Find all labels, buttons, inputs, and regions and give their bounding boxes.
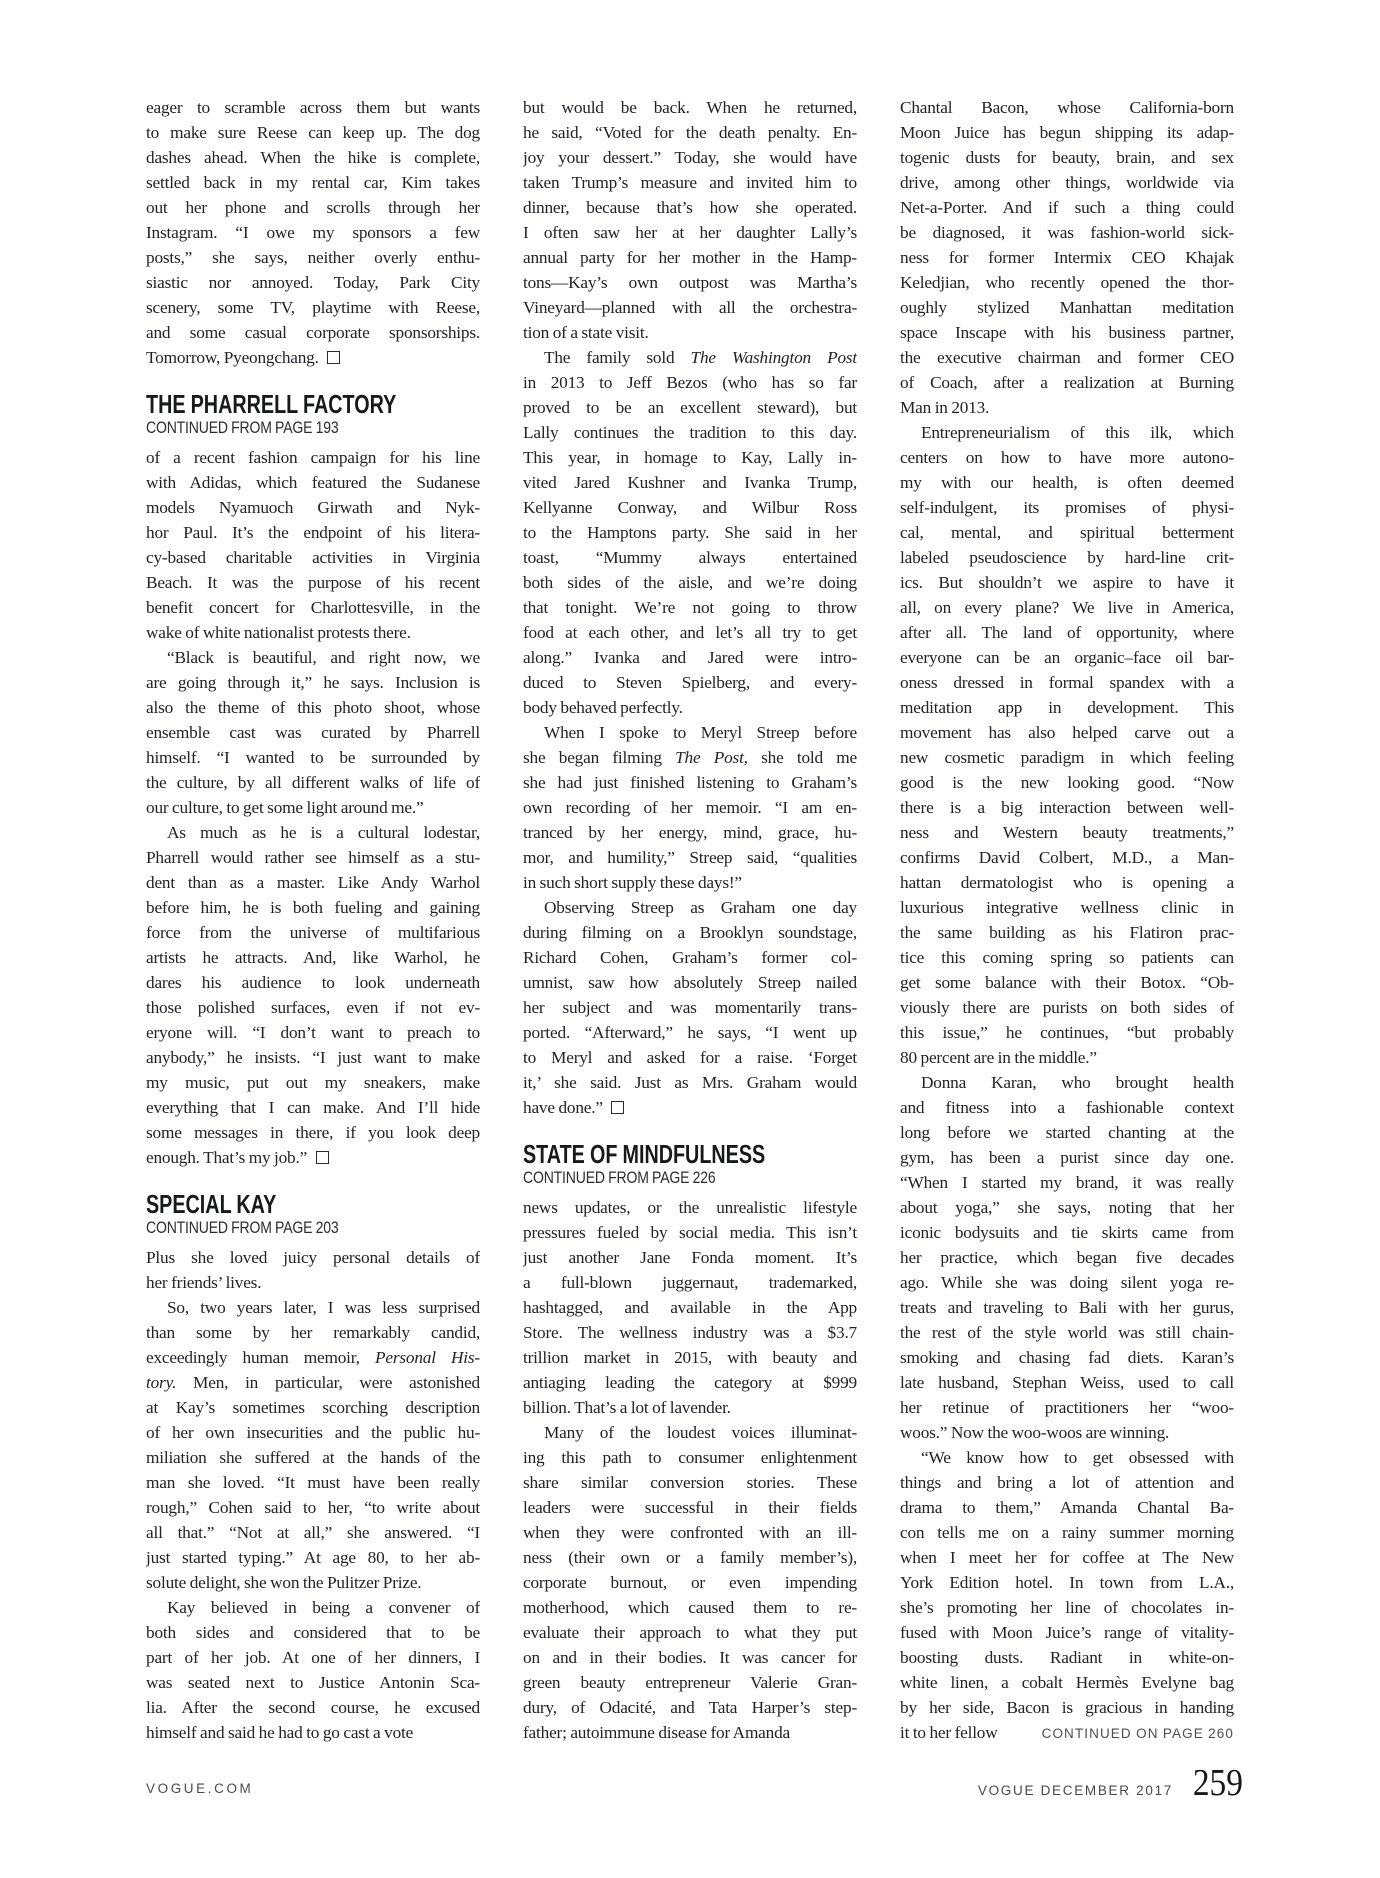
text-line: tion of a state visit.	[523, 320, 857, 345]
text-line: those polished surfaces, even if not ev-	[146, 995, 480, 1020]
text-column-1: eager to scramble across them but wantst…	[146, 95, 480, 1745]
text-line: proved to be an excellent steward), but	[523, 395, 857, 420]
text-line: Kellyanne Conway, and Wilbur Ross	[523, 495, 857, 520]
text-line: all, on every plane? We live in America,	[900, 595, 1234, 620]
magazine-page: { "theme": { "paper": "#ffffff", "ink": …	[0, 0, 1380, 1878]
text-line: scenery, some TV, playtime with Reese,	[146, 295, 480, 320]
text-line: ness for former Intermix CEO Khajak	[900, 245, 1234, 270]
end-of-article-icon	[327, 351, 340, 364]
footer-issue-label: VOGUE DECEMBER 2017	[978, 1783, 1173, 1798]
text-line: luxurious integrative wellness clinic in	[900, 895, 1234, 920]
text-line: iconic bodysuits and tie skirts came fro…	[900, 1220, 1234, 1245]
text-line: siastic nor annoyed. Today, Park City	[146, 270, 480, 295]
text-line: she had just finished listening to Graha…	[523, 770, 857, 795]
text-line: body behaved perfectly.	[523, 695, 857, 720]
text-line: of a recent fashion campaign for his lin…	[146, 445, 480, 470]
text-line: hashtagged, and available in the App	[523, 1295, 857, 1320]
text-line: the same building as his Flatiron prac-	[900, 920, 1234, 945]
text-line: than some by her remarkably candid,	[146, 1320, 480, 1345]
paragraph: Plus she loved juicy personal details of…	[146, 1245, 480, 1295]
text-line: duced to Steven Spielberg, and every-	[523, 670, 857, 695]
text-line: “We know how to get obsessed with	[900, 1445, 1234, 1470]
continued-from-note: CONTINUED FROM PAGE 193	[146, 420, 430, 437]
text-line: exceedingly human memoir, Personal His-	[146, 1345, 480, 1370]
text-line: on and in their bodies. It was cancer fo…	[523, 1645, 857, 1670]
text-line: himself and said he had to go cast a vot…	[146, 1720, 480, 1745]
text-line: oness dressed in formal spandex with a	[900, 670, 1234, 695]
text-line: are going through it,” he says. Inclusio…	[146, 670, 480, 695]
text-line: pressures fueled by social media. This i…	[523, 1220, 857, 1245]
text-line: and fitness into a fashionable context	[900, 1095, 1234, 1120]
text-line: movement has also helped carve out a	[900, 720, 1234, 745]
text-line: Store. The wellness industry was a $3.7	[523, 1320, 857, 1345]
text-line: space Inscape with his business partner,	[900, 320, 1234, 345]
text-line: with Adidas, which featured the Sudanese	[146, 470, 480, 495]
text-line: all that.” “Not at all,” she answered. “…	[146, 1520, 480, 1545]
text-line: I often saw her at her daughter Lally’s	[523, 220, 857, 245]
text-line: just started typing.” At age 80, to her …	[146, 1545, 480, 1570]
text-line: both sides of the aisle, and we’re doing	[523, 570, 857, 595]
text-line: get some balance with their Botox. “Ob-	[900, 970, 1234, 995]
text-line: smoking and chasing fad diets. Karan’s	[900, 1345, 1234, 1370]
text-line: Entrepreneurialism of this ilk, which	[900, 420, 1234, 445]
text-line: late husband, Stephan Weiss, used to cal…	[900, 1370, 1234, 1395]
text-line: lia. After the second course, he excused	[146, 1695, 480, 1720]
text-line: both sides and considered that to be	[146, 1620, 480, 1645]
text-line: good is the new looking good. “Now	[900, 770, 1234, 795]
article-heading: SPECIAL KAY	[146, 1192, 400, 1217]
text-column-3: Chantal Bacon, whose California-bornMoon…	[900, 95, 1234, 1745]
text-line: after all. The land of opportunity, wher…	[900, 620, 1234, 645]
text-line: father; autoimmune disease for Amanda	[523, 1720, 857, 1745]
text-line: As much as he is a cultural lodestar,	[146, 820, 480, 845]
paragraph: Kay believed in being a convener ofboth …	[146, 1595, 480, 1745]
text-line: vited Jared Kushner and Ivanka Trump,	[523, 470, 857, 495]
text-line: man she loved. “It must have been really	[146, 1470, 480, 1495]
text-line: Man in 2013.	[900, 395, 1234, 420]
text-line: Pharrell would rather see himself as a s…	[146, 845, 480, 870]
page-footer: VOGUE DECEMBER 2017 259	[978, 1764, 1243, 1802]
text-line: corporate burnout, or even impending	[523, 1570, 857, 1595]
text-line: at Kay’s sometimes scorching description	[146, 1395, 480, 1420]
text-line: Donna Karan, who brought health	[900, 1070, 1234, 1095]
text-line: everyone can be an organic–face oil bar-	[900, 645, 1234, 670]
text-line: hattan dermatologist who is opening a	[900, 870, 1234, 895]
text-line: wake of white nationalist protests there…	[146, 620, 480, 645]
text-line: gym, has been a purist since day one.	[900, 1145, 1234, 1170]
text-line: out her phone and scrolls through her	[146, 195, 480, 220]
article-heading: STATE OF MINDFULNESS	[523, 1142, 777, 1167]
text-line: everything that I can make. And I’ll hid…	[146, 1095, 480, 1120]
text-line: So, two years later, I was less surprise…	[146, 1295, 480, 1320]
text-line: during filming on a Brooklyn soundstage,	[523, 920, 857, 945]
text-line: our culture, to get some light around me…	[146, 795, 480, 820]
text-line: ensemble cast was curated by Pharrell	[146, 720, 480, 745]
paragraph: So, two years later, I was less surprise…	[146, 1295, 480, 1595]
text-line: the rest of the style world was still ch…	[900, 1320, 1234, 1345]
text-line: he said, “Voted for the death penalty. E…	[523, 120, 857, 145]
text-line: before him, he is both fueling and gaini…	[146, 895, 480, 920]
text-line: treats and traveling to Bali with her gu…	[900, 1295, 1234, 1320]
article-columns: eager to scramble across them but wantst…	[0, 0, 1380, 1878]
text-line: by her side, Bacon is gracious in handin…	[900, 1695, 1234, 1720]
text-line: Richard Cohen, Graham’s former col-	[523, 945, 857, 970]
continued-from-note: CONTINUED FROM PAGE 203	[146, 1220, 430, 1237]
text-line: cal, mental, and spiritual betterment	[900, 520, 1234, 545]
text-line: boosting dusts. Radiant in white-on-	[900, 1645, 1234, 1670]
text-line: own recording of her memoir. “I am en-	[523, 795, 857, 820]
text-line: she began filming The Post, she told me	[523, 745, 857, 770]
text-line: 80 percent are in the middle.”	[900, 1045, 1234, 1070]
continued-on-note: CONTINUED ON PAGE 260	[1042, 1721, 1234, 1745]
text-line: a full-blown juggernaut, trademarked,	[523, 1270, 857, 1295]
text-line: white linen, a cobalt Hermès Evelyne bag	[900, 1670, 1234, 1695]
footer-site-label: VOGUE.COM	[146, 1781, 253, 1796]
text-line: labeled pseudoscience by hard-line crit-	[900, 545, 1234, 570]
text-line: rough,” Cohen said to her, “to write abo…	[146, 1495, 480, 1520]
text-line: artists he attracts. And, like Warhol, h…	[146, 945, 480, 970]
text-line: self-indulgent, its promises of physi-	[900, 495, 1234, 520]
text-line: part of her job. At one of her dinners, …	[146, 1645, 480, 1670]
text-line: have done.”	[523, 1095, 857, 1120]
text-line: models Nyamuoch Girwath and Nyk-	[146, 495, 480, 520]
text-line: benefit concert for Charlottesville, in …	[146, 595, 480, 620]
text-line: woos.” Now the woo-woos are winning.	[900, 1420, 1234, 1445]
text-line: leaders were successful in their fields	[523, 1495, 857, 1520]
text-line: dury, of Odacité, and Tata Harper’s step…	[523, 1695, 857, 1720]
text-line: but would be back. When he returned,	[523, 95, 857, 120]
paragraph: Many of the loudest voices illuminat-ing…	[523, 1420, 857, 1745]
text-line: she’s promoting her line of chocolates i…	[900, 1595, 1234, 1620]
paragraph: eager to scramble across them but wantst…	[146, 95, 480, 370]
text-line: dinner, because that’s how she operated.	[523, 195, 857, 220]
text-line: there is a big interaction between well-	[900, 795, 1234, 820]
text-line: eryone will. “I don’t want to preach to	[146, 1020, 480, 1045]
text-line: enough. That’s my job.”	[146, 1145, 480, 1170]
text-line: billion. That’s a lot of lavender.	[523, 1395, 857, 1420]
text-line: when they were confronted with an ill-	[523, 1520, 857, 1545]
text-line: hor Paul. It’s the endpoint of his liter…	[146, 520, 480, 545]
paragraph: “We know how to get obsessed withthings …	[900, 1445, 1234, 1745]
text-line: her friends’ lives.	[146, 1270, 480, 1295]
text-line: viously there are purists on both sides …	[900, 995, 1234, 1020]
text-line: share similar conversion stories. These	[523, 1470, 857, 1495]
text-line: solute delight, she won the Pulitzer Pri…	[146, 1570, 480, 1595]
paragraph: Chantal Bacon, whose California-bornMoon…	[900, 95, 1234, 420]
text-line: Chantal Bacon, whose California-born	[900, 95, 1234, 120]
text-line: of Coach, after a realization at Burning	[900, 370, 1234, 395]
text-line: evaluate their approach to what they put	[523, 1620, 857, 1645]
text-line: motherhood, which caused them to re-	[523, 1595, 857, 1620]
text-line: and some casual corporate sponsorships.	[146, 320, 480, 345]
text-line: meditation app in development. This	[900, 695, 1234, 720]
text-line: to Meryl and asked for a raise. ‘Forget	[523, 1045, 857, 1070]
text-line: ics. But shouldn’t we aspire to have it	[900, 570, 1234, 595]
paragraph: When I spoke to Meryl Streep beforeshe b…	[523, 720, 857, 895]
text-line: “Black is beautiful, and right now, we	[146, 645, 480, 670]
text-line: himself. “I wanted to be surrounded by	[146, 745, 480, 770]
text-line: The family sold The Washington Post	[523, 345, 857, 370]
text-line: news updates, or the unrealistic lifesty…	[523, 1195, 857, 1220]
page-number: 259	[1193, 1764, 1243, 1802]
paragraph: Entrepreneurialism of this ilk, whichcen…	[900, 420, 1234, 1070]
text-line: Keledjian, who recently opened the thor-	[900, 270, 1234, 295]
text-line: to the Hamptons party. She said in her	[523, 520, 857, 545]
text-line: Moon Juice has begun shipping its adap-	[900, 120, 1234, 145]
text-line: green beauty entrepreneur Valerie Gran-	[523, 1670, 857, 1695]
text-line: the culture, by all different walks of l…	[146, 770, 480, 795]
paragraph: As much as he is a cultural lodestar,Pha…	[146, 820, 480, 1170]
text-line: to make sure Reese can keep up. The dog	[146, 120, 480, 145]
text-line: ago. While she was doing silent yoga re-	[900, 1270, 1234, 1295]
text-line: some messages in there, if you look deep	[146, 1120, 480, 1145]
text-line: Plus she loved juicy personal details of	[146, 1245, 480, 1270]
end-of-article-icon	[316, 1151, 329, 1164]
text-line: this issue,” he continues, “but probably	[900, 1020, 1234, 1045]
text-line: ness and Western beauty treatments,”	[900, 820, 1234, 845]
paragraph: Donna Karan, who brought healthand fitne…	[900, 1070, 1234, 1445]
text-line: Vineyard—planned with all the orchestra-	[523, 295, 857, 320]
text-line: in 2013 to Jeff Bezos (who has so far	[523, 370, 857, 395]
text-line: When I spoke to Meryl Streep before	[523, 720, 857, 745]
text-line: togenic dusts for beauty, brain, and sex	[900, 145, 1234, 170]
text-line: confirms David Colbert, M.D., a Man-	[900, 845, 1234, 870]
paragraph: but would be back. When he returned,he s…	[523, 95, 857, 345]
text-line: force from the universe of multifarious	[146, 920, 480, 945]
text-line: of her own insecurities and the public h…	[146, 1420, 480, 1445]
text-line: drama to them,” Amanda Chantal Ba-	[900, 1495, 1234, 1520]
text-line: things and bring a lot of attention and	[900, 1470, 1234, 1495]
text-line: tice this coming spring so patients can	[900, 945, 1234, 970]
text-line: just another Jane Fonda moment. It’s	[523, 1245, 857, 1270]
text-line: her retinue of practitioners her “woo-	[900, 1395, 1234, 1420]
text-line: drive, among other things, worldwide via	[900, 170, 1234, 195]
text-line: new cosmetic paradigm in which feeling	[900, 745, 1234, 770]
paragraph: The family sold The Washington Postin 20…	[523, 345, 857, 720]
text-line: miliation she suffered at the hands of t…	[146, 1445, 480, 1470]
text-line: also the theme of this photo shoot, whos…	[146, 695, 480, 720]
text-line: antiaging leading the category at $999	[523, 1370, 857, 1395]
text-line: the executive chairman and former CEO	[900, 345, 1234, 370]
text-line: eager to scramble across them but wants	[146, 95, 480, 120]
text-line: Instagram. “I owe my sponsors a few	[146, 220, 480, 245]
text-line: her practice, which began five decades	[900, 1245, 1234, 1270]
text-line: con tells me on a rainy summer morning	[900, 1520, 1234, 1545]
text-line: her subject and was momentarily trans-	[523, 995, 857, 1020]
text-line: trillion market in 2015, with beauty and	[523, 1345, 857, 1370]
text-line: be diagnosed, it was fashion-world sick-	[900, 220, 1234, 245]
text-line: settled back in my rental car, Kim takes	[146, 170, 480, 195]
text-line: Net-a-Porter. And if such a thing could	[900, 195, 1234, 220]
text-column-2: but would be back. When he returned,he s…	[523, 95, 857, 1745]
continued-from-note: CONTINUED FROM PAGE 226	[523, 1170, 807, 1187]
text-line: mor, and humility,” Streep said, “qualit…	[523, 845, 857, 870]
text-line: along.” Ivanka and Jared were intro-	[523, 645, 857, 670]
text-line: fused with Moon Juice’s range of vitalit…	[900, 1620, 1234, 1645]
text-line: was seated next to Justice Antonin Sca-	[146, 1670, 480, 1695]
text-line: when I meet her for coffee at The New	[900, 1545, 1234, 1570]
text-line: my music, put out my sneakers, make	[146, 1070, 480, 1095]
article-heading: THE PHARRELL FACTORY	[146, 392, 400, 417]
text-line: food at each other, and let’s all try to…	[523, 620, 857, 645]
text-line: ported. “Afterward,” he says, “I went up	[523, 1020, 857, 1045]
text-line: Lally continues the tradition to this da…	[523, 420, 857, 445]
text-line: Tomorrow, Pyeongchang.	[146, 345, 480, 370]
text-line: Observing Streep as Graham one day	[523, 895, 857, 920]
text-line: This year, in homage to Kay, Lally in-	[523, 445, 857, 470]
text-line: dent than as a master. Like Andy Warhol	[146, 870, 480, 895]
text-line: “When I started my brand, it was really	[900, 1170, 1234, 1195]
text-line: it to her fellowCONTINUED ON PAGE 260	[900, 1720, 1234, 1745]
text-line: long before we started chanting at the	[900, 1120, 1234, 1145]
text-line: ness (their own or a family member’s),	[523, 1545, 857, 1570]
text-line: centers on how to have more autono-	[900, 445, 1234, 470]
end-of-article-icon	[611, 1101, 624, 1114]
text-line: Many of the loudest voices illuminat-	[523, 1420, 857, 1445]
text-line: taken Trump’s measure and invited him to	[523, 170, 857, 195]
text-line: anybody,” he insists. “I just want to ma…	[146, 1045, 480, 1070]
text-line-text: it to her fellow	[900, 1720, 998, 1745]
text-line: joy your dessert.” Today, she would have	[523, 145, 857, 170]
text-line: umnist, saw how absolutely Streep nailed	[523, 970, 857, 995]
paragraph: of a recent fashion campaign for his lin…	[146, 445, 480, 645]
text-line: toast, “Mummy always entertained	[523, 545, 857, 570]
paragraph: “Black is beautiful, and right now, wear…	[146, 645, 480, 820]
paragraph: news updates, or the unrealistic lifesty…	[523, 1195, 857, 1420]
text-line: Beach. It was the purpose of his recent	[146, 570, 480, 595]
text-line: annual party for her mother in the Hamp-	[523, 245, 857, 270]
text-line: about yoga,” she says, noting that her	[900, 1195, 1234, 1220]
text-line: posts,” she says, neither overly enthu-	[146, 245, 480, 270]
text-line: that tonight. We’re not going to throw	[523, 595, 857, 620]
text-line: dares his audience to look underneath	[146, 970, 480, 995]
text-line: oughly stylized Manhattan meditation	[900, 295, 1234, 320]
text-line: it,’ she said. Just as Mrs. Graham would	[523, 1070, 857, 1095]
text-line: ing this path to consumer enlightenment	[523, 1445, 857, 1470]
text-line: in such short supply these days!”	[523, 870, 857, 895]
text-line: York Edition hotel. In town from L.A.,	[900, 1570, 1234, 1595]
text-line: cy-based charitable activities in Virgin…	[146, 545, 480, 570]
text-line: Kay believed in being a convener of	[146, 1595, 480, 1620]
text-line: my with our health, is often deemed	[900, 470, 1234, 495]
text-line: tory. Men, in particular, were astonishe…	[146, 1370, 480, 1395]
text-line: tranced by her energy, mind, grace, hu-	[523, 820, 857, 845]
paragraph: Observing Streep as Graham one dayduring…	[523, 895, 857, 1120]
text-line: tons—Kay’s own outpost was Martha’s	[523, 270, 857, 295]
text-line: dashes ahead. When the hike is complete,	[146, 145, 480, 170]
